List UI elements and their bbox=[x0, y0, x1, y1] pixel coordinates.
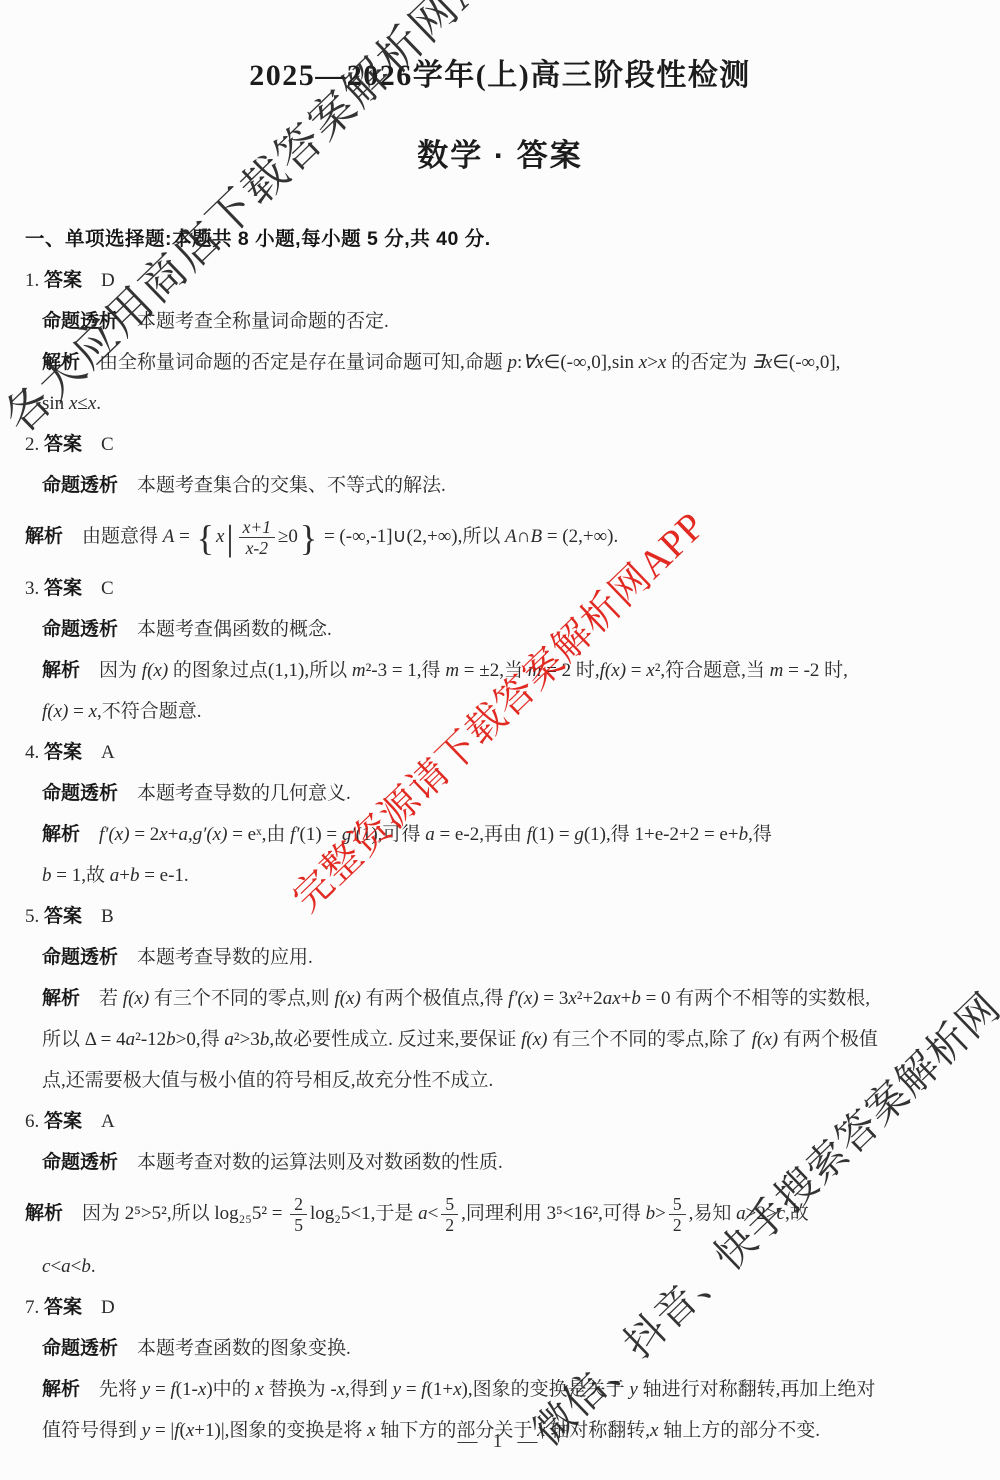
text-run: ),图象的变换是关于 bbox=[462, 1379, 630, 1400]
math-run: f(x) bbox=[42, 701, 68, 722]
text-run: (1) = bbox=[532, 824, 574, 845]
math-run: f(x) bbox=[142, 660, 168, 681]
text-run: = 3 bbox=[539, 988, 569, 1009]
text-run: = bbox=[150, 1379, 170, 1400]
big-delimiter: | bbox=[226, 518, 233, 558]
math-run: f′(x) bbox=[99, 824, 130, 845]
math-run: m bbox=[528, 660, 542, 681]
text-run: 有三个不同的零点,除了 bbox=[547, 1029, 751, 1050]
text-run: 5. bbox=[25, 906, 44, 927]
bold-label: 答案 bbox=[44, 434, 82, 455]
text-run: >0,得 bbox=[176, 1029, 225, 1050]
text-run: (1+ bbox=[427, 1379, 454, 1400]
text-run: 本题考查全称量词命题的否定. bbox=[118, 311, 389, 332]
math-run: A bbox=[163, 526, 175, 547]
text-run: 4. bbox=[25, 742, 44, 763]
bold-label: 命题透析 bbox=[42, 619, 118, 640]
math-run: f(x) bbox=[334, 988, 360, 1009]
text-run: ²,符合题意,当 bbox=[655, 660, 770, 681]
solution-line: 所以 Δ = 4a²-12b>0,得 a²>3b,故必要性成立. 反过来,要保证… bbox=[25, 1019, 986, 1060]
text-run: 本题考查导数的几何意义. bbox=[118, 783, 351, 804]
math-run: g′(x) bbox=[193, 824, 228, 845]
fraction-numerator: x+1 bbox=[239, 517, 275, 538]
solution-line: 解析 由题意得 A = {x|x+1x-2≥0} = (-∞,-1]∪(2,+∞… bbox=[25, 506, 986, 568]
text-run: 本题考查对数的运算法则及对数函数的性质. bbox=[118, 1152, 503, 1173]
section-header: 一、单项选择题:本题共 8 小题,每小题 5 分,共 40 分. bbox=[25, 219, 986, 260]
text-run: 由题意得 bbox=[82, 526, 163, 547]
math-run: x bbox=[255, 1379, 263, 1400]
text-run: (1),可得 bbox=[356, 824, 426, 845]
text-run: )中的 bbox=[206, 1379, 255, 1400]
bold-label: 答案 bbox=[44, 1297, 82, 1318]
text-run: ²+2 bbox=[577, 988, 603, 1009]
math-run: f(x) bbox=[521, 1029, 547, 1050]
math-run: m bbox=[445, 660, 459, 681]
math-run: b bbox=[166, 1029, 176, 1050]
text-run: 1. bbox=[25, 270, 44, 291]
text-run: sin bbox=[42, 393, 69, 414]
bold-label: 命题透析 bbox=[42, 311, 118, 332]
text-run bbox=[63, 1203, 82, 1224]
text-run: 所以 Δ = 4 bbox=[42, 1029, 126, 1050]
text-run: ²-3 = 1,得 bbox=[366, 660, 446, 681]
text-run: 替换为 - bbox=[264, 1379, 337, 1400]
text-run: 6. bbox=[25, 1111, 44, 1132]
bold-label: 命题透析 bbox=[42, 783, 118, 804]
text-run: 2. bbox=[25, 434, 44, 455]
text-run: B bbox=[82, 906, 114, 927]
text-run: = eˣ,由 bbox=[227, 824, 290, 845]
math-run: x bbox=[568, 988, 576, 1009]
text-run: 有两个极值点,得 bbox=[361, 988, 508, 1009]
text-run: = 1,故 bbox=[52, 865, 110, 886]
text-run: ∈(-∞,0], bbox=[772, 352, 840, 373]
math-run: x bbox=[639, 352, 647, 373]
bold-label: 命题透析 bbox=[42, 1152, 118, 1173]
math-run: a bbox=[178, 824, 188, 845]
fraction-denominator: 2 bbox=[441, 1215, 458, 1235]
text-run: 轴进行对称翻转,再加上绝对 bbox=[638, 1379, 876, 1400]
fraction-numerator: 5 bbox=[669, 1194, 686, 1215]
text-run: ,不符合题意. bbox=[97, 701, 202, 722]
solution-line: b = 1,故 a+b = e-1. bbox=[25, 855, 986, 896]
math-run: a bbox=[110, 865, 120, 886]
fraction-denominator: 2 bbox=[669, 1215, 686, 1235]
question-6: 6. 答案 A命题透析 本题考查对数的运算法则及对数函数的性质.解析 因为 2⁵… bbox=[25, 1101, 986, 1286]
text-run: = e-1. bbox=[139, 865, 188, 886]
question-7: 7. 答案 D命题透析 本题考查函数的图象变换.解析 先将 y = f(1-x)… bbox=[25, 1287, 986, 1451]
text-run: 点,还需要极大值与极小值的符号相反,故充分性不成立. bbox=[42, 1070, 493, 1091]
text-run: ≥0 bbox=[278, 526, 298, 547]
text-run: 有两个极值 bbox=[778, 1029, 878, 1050]
text-run: . bbox=[91, 1256, 96, 1277]
text-run: . bbox=[96, 393, 101, 414]
text-run: = (-∞,-1]∪(2,+∞),所以 bbox=[319, 526, 505, 547]
bold-label: 答案 bbox=[44, 1111, 82, 1132]
math-run: f(x) bbox=[123, 988, 149, 1009]
math-run: a bbox=[736, 1203, 746, 1224]
text-run bbox=[63, 526, 82, 547]
text-run: = 2 时, bbox=[541, 660, 599, 681]
math-run: m bbox=[770, 660, 784, 681]
bold-label: 命题透析 bbox=[42, 475, 118, 496]
fraction: 52 bbox=[669, 1194, 686, 1235]
solution-line: 解析 因为 f(x) 的图象过点(1,1),所以 m²-3 = 1,得 m = … bbox=[25, 650, 986, 691]
fraction-denominator: 5 bbox=[290, 1215, 307, 1235]
text-run: ,易知 bbox=[689, 1203, 737, 1224]
math-run: a bbox=[126, 1029, 136, 1050]
math-run: b bbox=[631, 988, 641, 1009]
text-run: 因为 2⁵>5²,所以 log₂₅5² = bbox=[82, 1203, 287, 1224]
text-run: = ±2,当 bbox=[459, 660, 528, 681]
text-run: (1- bbox=[176, 1379, 198, 1400]
text-run bbox=[80, 988, 99, 1009]
math-run: x bbox=[159, 824, 167, 845]
math-run: g′ bbox=[342, 824, 356, 845]
text-run: (1) = bbox=[300, 824, 342, 845]
text-run: = bbox=[626, 660, 646, 681]
text-run: + bbox=[168, 824, 179, 845]
math-run: c bbox=[777, 1203, 785, 1224]
text-run bbox=[80, 824, 99, 845]
questions-container: 1. 答案 D命题透析 本题考查全称量词命题的否定.解析 由全称量词命题的否定是… bbox=[25, 260, 986, 1451]
answer-line: 5. 答案 B bbox=[25, 896, 986, 937]
text-run: 本题考查偶函数的概念. bbox=[118, 619, 332, 640]
bold-label: 答案 bbox=[44, 270, 82, 291]
solution-line: 点,还需要极大值与极小值的符号相反,故充分性不成立. bbox=[25, 1060, 986, 1101]
text-run: 先将 bbox=[99, 1379, 142, 1400]
math-run: m bbox=[352, 660, 366, 681]
bold-label: 命题透析 bbox=[42, 1338, 118, 1359]
fraction: 25 bbox=[290, 1194, 307, 1235]
analysis-line: 命题透析 本题考查全称量词命题的否定. bbox=[25, 301, 986, 342]
math-run: A bbox=[505, 526, 517, 547]
math-run: b bbox=[42, 865, 52, 886]
math-run: y bbox=[142, 1379, 150, 1400]
text-run: ,得到 bbox=[345, 1379, 393, 1400]
text-run: + bbox=[621, 988, 632, 1009]
text-run: 由全称量词命题的否定是存在量词命题可知,命题 bbox=[99, 352, 508, 373]
question-5: 5. 答案 B命题透析 本题考查导数的应用.解析 若 f(x) 有三个不同的零点… bbox=[25, 896, 986, 1101]
math-run: x bbox=[89, 701, 97, 722]
bold-label: 解析 bbox=[42, 824, 80, 845]
math-run: b bbox=[130, 865, 140, 886]
answer-line: 4. 答案 A bbox=[25, 732, 986, 773]
math-run: f′(x) bbox=[508, 988, 539, 1009]
solution-line: sin x≤x. bbox=[25, 383, 986, 424]
text-run: 的否定为 bbox=[666, 352, 752, 373]
fraction: 52 bbox=[441, 1194, 458, 1235]
text-run: > bbox=[647, 352, 658, 373]
text-run: ²>3 bbox=[234, 1029, 260, 1050]
text-run: >2> bbox=[746, 1203, 777, 1224]
text-run: 因为 bbox=[99, 660, 142, 681]
text-run: 本题考查函数的图象变换. bbox=[118, 1338, 351, 1359]
math-run: b bbox=[646, 1203, 656, 1224]
text-run: log₂5<1,于是 bbox=[310, 1203, 418, 1224]
math-run: p bbox=[508, 352, 518, 373]
analysis-line: 命题透析 本题考查偶函数的概念. bbox=[25, 609, 986, 650]
text-run: C bbox=[82, 434, 114, 455]
text-run bbox=[80, 1379, 99, 1400]
math-run: b bbox=[81, 1256, 91, 1277]
text-run: (1),得 1+e-2+2 = e+ bbox=[584, 824, 739, 845]
bold-label: 解析 bbox=[42, 1379, 80, 1400]
text-run: = bbox=[401, 1379, 421, 1400]
bold-label: 答案 bbox=[44, 578, 82, 599]
text-run: ,故必要性成立. 反过来,要保证 bbox=[269, 1029, 521, 1050]
solution-line: 解析 因为 2⁵>5²,所以 log₂₅5² = 25log₂5<1,于是 a<… bbox=[25, 1183, 986, 1245]
text-run: > bbox=[655, 1203, 666, 1224]
text-run: = bbox=[174, 526, 194, 547]
math-run: x bbox=[337, 1379, 345, 1400]
text-run: C bbox=[82, 578, 114, 599]
math-run: b bbox=[260, 1029, 270, 1050]
text-run: < bbox=[428, 1203, 439, 1224]
math-run: B bbox=[530, 526, 542, 547]
bold-label: 答案 bbox=[44, 906, 82, 927]
text-run: 7. bbox=[25, 1297, 44, 1318]
answer-line: 3. 答案 C bbox=[25, 568, 986, 609]
text-run: 的图象过点(1,1),所以 bbox=[168, 660, 352, 681]
exam-subtitle: 数学 · 答案 bbox=[0, 130, 1000, 175]
question-2: 2. 答案 C命题透析 本题考查集合的交集、不等式的解法.解析 由题意得 A =… bbox=[25, 424, 986, 568]
math-run: ax bbox=[603, 988, 621, 1009]
math-run: g bbox=[574, 824, 584, 845]
solution-line: 解析 由全称量词命题的否定是存在量词命题可知,命题 p:∀x∈(-∞,0],si… bbox=[25, 342, 986, 383]
text-run: 若 bbox=[99, 988, 123, 1009]
text-run: + bbox=[119, 865, 130, 886]
text-run: = -2 时, bbox=[783, 660, 848, 681]
bold-label: 命题透析 bbox=[42, 947, 118, 968]
answer-line: 6. 答案 A bbox=[25, 1101, 986, 1142]
big-delimiter: { bbox=[197, 518, 214, 558]
text-run: ≤ bbox=[77, 393, 87, 414]
text-run: < bbox=[71, 1256, 82, 1277]
text-run: A bbox=[82, 742, 115, 763]
exam-title: 2025—2026学年(上)高三阶段性检测 bbox=[0, 0, 1000, 94]
text-run bbox=[80, 660, 99, 681]
math-run: b bbox=[739, 824, 749, 845]
text-run: < bbox=[50, 1256, 61, 1277]
text-run: D bbox=[82, 1297, 115, 1318]
text-run: A bbox=[82, 1111, 115, 1132]
text-run: = (2,+∞). bbox=[542, 526, 618, 547]
exam-answer-page: 2025—2026学年(上)高三阶段性检测 数学 · 答案 一、单项选择题:本题… bbox=[0, 0, 1000, 1480]
analysis-line: 命题透析 本题考查函数的图象变换. bbox=[25, 1328, 986, 1369]
math-run: f′ bbox=[290, 824, 299, 845]
fraction-denominator: x-2 bbox=[239, 538, 275, 558]
text-run: = 0 有两个不相等的实数根, bbox=[641, 988, 870, 1009]
analysis-line: 命题透析 本题考查集合的交集、不等式的解法. bbox=[25, 465, 986, 506]
answer-line: 1. 答案 D bbox=[25, 260, 986, 301]
bold-label: 解析 bbox=[25, 1203, 63, 1224]
math-run: ∀x bbox=[522, 352, 543, 373]
answer-line: 2. 答案 C bbox=[25, 424, 986, 465]
fraction-numerator: 5 bbox=[441, 1194, 458, 1215]
question-3: 3. 答案 C命题透析 本题考查偶函数的概念.解析 因为 f(x) 的图象过点(… bbox=[25, 568, 986, 732]
text-run: D bbox=[82, 270, 115, 291]
text-run: 3. bbox=[25, 578, 44, 599]
bold-label: 解析 bbox=[42, 988, 80, 1009]
math-run: f(x) bbox=[600, 660, 626, 681]
bold-label: 解析 bbox=[25, 526, 63, 547]
text-run: = bbox=[68, 701, 88, 722]
bold-label: 解析 bbox=[42, 352, 80, 373]
text-run: 本题考查导数的应用. bbox=[118, 947, 313, 968]
solution-line: 解析 f′(x) = 2x+a,g′(x) = eˣ,由 f′(1) = g′(… bbox=[25, 814, 986, 855]
math-run: y bbox=[393, 1379, 401, 1400]
bold-label: 答案 bbox=[44, 742, 82, 763]
text-run: ²-12 bbox=[135, 1029, 166, 1050]
content-area: 一、单项选择题:本题共 8 小题,每小题 5 分,共 40 分. 1. 答案 D… bbox=[0, 219, 1000, 1451]
math-run: a bbox=[61, 1256, 71, 1277]
math-run: x bbox=[88, 393, 96, 414]
solution-line: 解析 先将 y = f(1-x)中的 x 替换为 -x,得到 y = f(1+x… bbox=[25, 1369, 986, 1410]
text-run: ,同理利用 3⁵<16²,可得 bbox=[461, 1203, 646, 1224]
solution-line: 解析 若 f(x) 有三个不同的零点,则 f(x) 有两个极值点,得 f′(x)… bbox=[25, 978, 986, 1019]
analysis-line: 命题透析 本题考查导数的应用. bbox=[25, 937, 986, 978]
text-run: 有三个不同的零点,则 bbox=[149, 988, 334, 1009]
fraction-numerator: 2 bbox=[290, 1194, 307, 1215]
fraction: x+1x-2 bbox=[239, 517, 275, 558]
math-run: a bbox=[418, 1203, 428, 1224]
text-run: ,故 bbox=[785, 1203, 809, 1224]
math-run: a bbox=[425, 824, 435, 845]
text-run: = 2 bbox=[130, 824, 160, 845]
solution-line: c<a<b. bbox=[25, 1246, 986, 1287]
solution-line: f(x) = x,不符合题意. bbox=[25, 691, 986, 732]
answer-line: 7. 答案 D bbox=[25, 1287, 986, 1328]
text-run: 本题考查集合的交集、不等式的解法. bbox=[118, 475, 446, 496]
bold-label: 解析 bbox=[42, 660, 80, 681]
math-run: x bbox=[216, 526, 224, 547]
math-run: x bbox=[646, 660, 654, 681]
text-run: ,得 bbox=[748, 824, 772, 845]
text-run: ∈(-∞,0],sin bbox=[544, 352, 639, 373]
question-4: 4. 答案 A命题透析 本题考查导数的几何意义.解析 f′(x) = 2x+a,… bbox=[25, 732, 986, 896]
big-delimiter: } bbox=[300, 518, 317, 558]
math-run: a bbox=[224, 1029, 234, 1050]
math-run: x bbox=[453, 1379, 461, 1400]
question-1: 1. 答案 D命题透析 本题考查全称量词命题的否定.解析 由全称量词命题的否定是… bbox=[25, 260, 986, 424]
text-run bbox=[80, 352, 99, 373]
text-run: ∩ bbox=[517, 526, 531, 547]
analysis-line: 命题透析 本题考查导数的几何意义. bbox=[25, 773, 986, 814]
math-run: ∃x bbox=[752, 352, 772, 373]
math-run: y bbox=[629, 1379, 637, 1400]
math-run: f(x) bbox=[752, 1029, 778, 1050]
page-number: — 1 — bbox=[0, 1430, 1000, 1453]
analysis-line: 命题透析 本题考查对数的运算法则及对数函数的性质. bbox=[25, 1142, 986, 1183]
text-run: = e-2,再由 bbox=[435, 824, 527, 845]
